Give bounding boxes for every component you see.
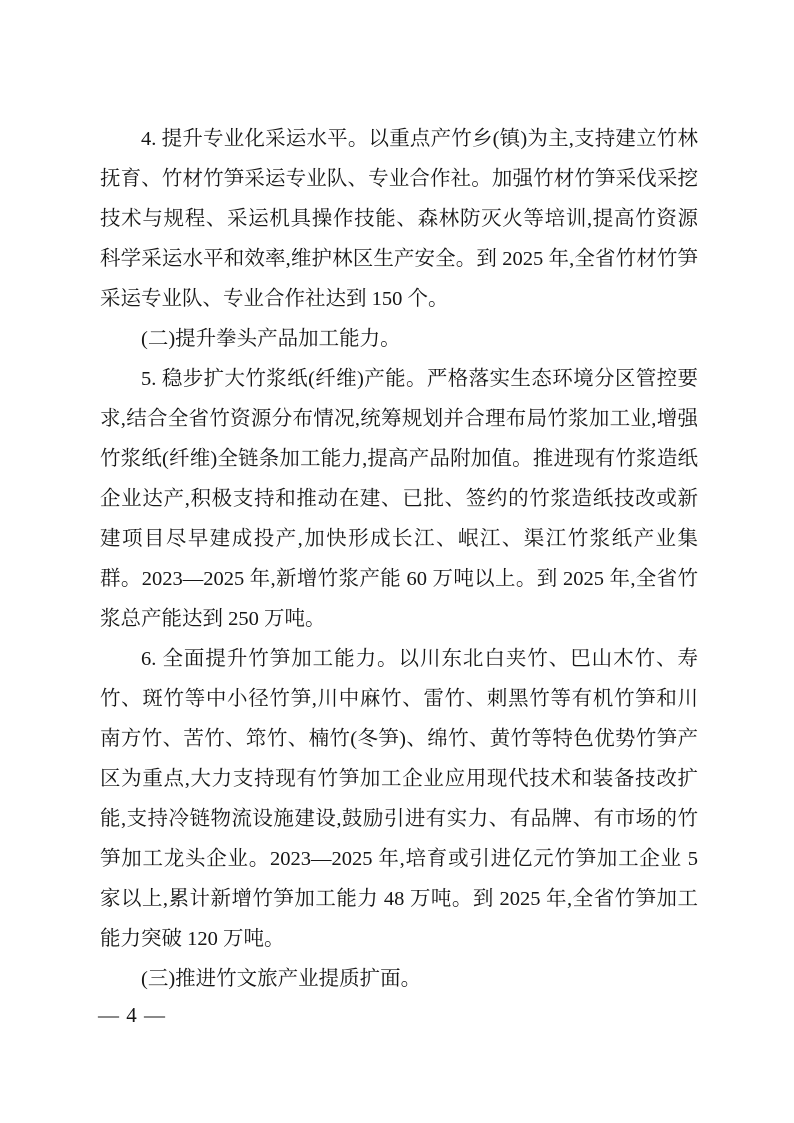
paragraph-item-4: 4. 提升专业化采运水平。以重点产竹乡(镇)为主,支持建立竹林抚育、竹材竹笋采运… [100, 119, 698, 319]
paragraph-item-6: 6. 全面提升竹笋加工能力。以川东北白夹竹、巴山木竹、寿竹、斑竹等中小径竹笋,川… [100, 639, 698, 959]
page-number: — 4 — [98, 1000, 166, 1030]
document-body: 4. 提升专业化采运水平。以重点产竹乡(镇)为主,支持建立竹林抚育、竹材竹笋采运… [100, 119, 698, 999]
document-page: 4. 提升专业化采运水平。以重点产竹乡(镇)为主,支持建立竹林抚育、竹材竹笋采运… [0, 0, 794, 1123]
section-heading-2: (二)提升拳头产品加工能力。 [100, 319, 698, 359]
paragraph-item-5: 5. 稳步扩大竹浆纸(纤维)产能。严格落实生态环境分区管控要求,结合全省竹资源分… [100, 359, 698, 639]
section-heading-3: (三)推进竹文旅产业提质扩面。 [100, 959, 698, 999]
